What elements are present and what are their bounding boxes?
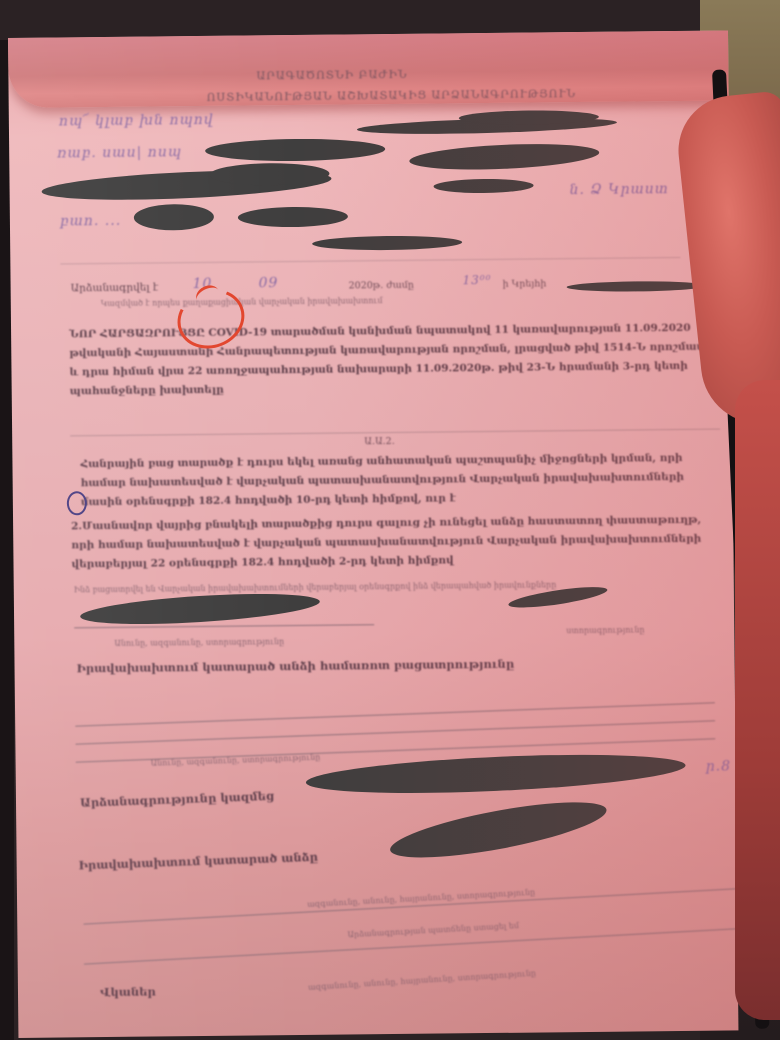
handwritten-line-5: ն. Ձ Կրաստ xyxy=(570,181,669,198)
redaction xyxy=(567,281,707,292)
explanation-label: Իրավախախտում կատարած անձի համառոտ բացատր… xyxy=(77,657,515,676)
date-year: 2020թ. ժամը xyxy=(349,280,414,292)
item-2-text: 2.Մասնավոր վայրից բնակելի տարածքից դուրս… xyxy=(71,511,722,575)
redaction xyxy=(312,235,462,251)
handwritten-line-4: բաո. ... xyxy=(60,213,121,230)
redaction xyxy=(409,141,600,174)
document-page: ԱՐԱԳԱԾՈՏՆԻ ԲԱԺԻՆ ՈՍՏԻԿԱՆՈՒԹՅԱՆ ԱՇԽԱՏԱԿԻՑ… xyxy=(8,30,738,1037)
offender-label: Իրավախախտում կատարած անձը xyxy=(78,850,318,873)
explanation-caption: Անունը, ազգանունը, ստորագրությունը xyxy=(150,753,320,768)
handwritten-line-2: ռաբ. սաս| ոսպ xyxy=(57,144,182,161)
header-line-1: ԱՐԱԳԱԾՈՏՆԻ ԲԱԺԻՆ xyxy=(256,68,407,83)
redaction xyxy=(434,179,534,194)
offender-caption-2: Արձանագրության պատճենը ստացել եմ xyxy=(347,921,519,939)
redaction xyxy=(387,791,610,869)
item-1-text: Հանրային բաց տարածք է դուրս եկել առանց ա… xyxy=(80,449,721,513)
compiler-handwritten: ր.8 xyxy=(706,758,732,774)
hand xyxy=(735,380,780,1020)
redaction xyxy=(205,138,385,162)
section-title: Ա.Ա.2. xyxy=(364,436,395,447)
date-time: 13⁰⁰ xyxy=(462,273,491,287)
divider xyxy=(70,429,720,437)
divider xyxy=(60,257,680,264)
signature-line-left xyxy=(74,624,374,628)
redaction xyxy=(134,204,214,231)
redaction xyxy=(238,206,348,227)
compiler-label: Արձանագրությունը կազմեց xyxy=(80,789,275,810)
signature-caption-right: ստորագրությունը xyxy=(566,625,644,635)
date-month: 09 xyxy=(258,275,278,291)
violation-paragraph: ՆՈՐ ՀԱՐՑԱԶՐՈՒՅՑԸ COVID-19 տարածման կանխմ… xyxy=(69,319,716,402)
redaction xyxy=(305,748,686,799)
witnesses-label: Վկաներ xyxy=(100,985,156,1000)
redaction xyxy=(79,589,320,630)
date-label: Արձանագրվել է xyxy=(71,281,159,294)
signature-caption-left: Անունը, ազգանունը, ստորագրությունը xyxy=(114,637,284,648)
item-number-circle xyxy=(67,491,87,515)
handwritten-line-1: ոպ՜ կլաբ խն ոպով xyxy=(59,112,214,130)
rights-line: Ինձ բացատրվել են Վարչական իրավախախտումնե… xyxy=(74,579,724,595)
date-place: ի Կրեյհի xyxy=(503,278,547,289)
witnesses-caption: ազգանունը, անունը, հայրանունը, ստորագրու… xyxy=(308,969,536,992)
